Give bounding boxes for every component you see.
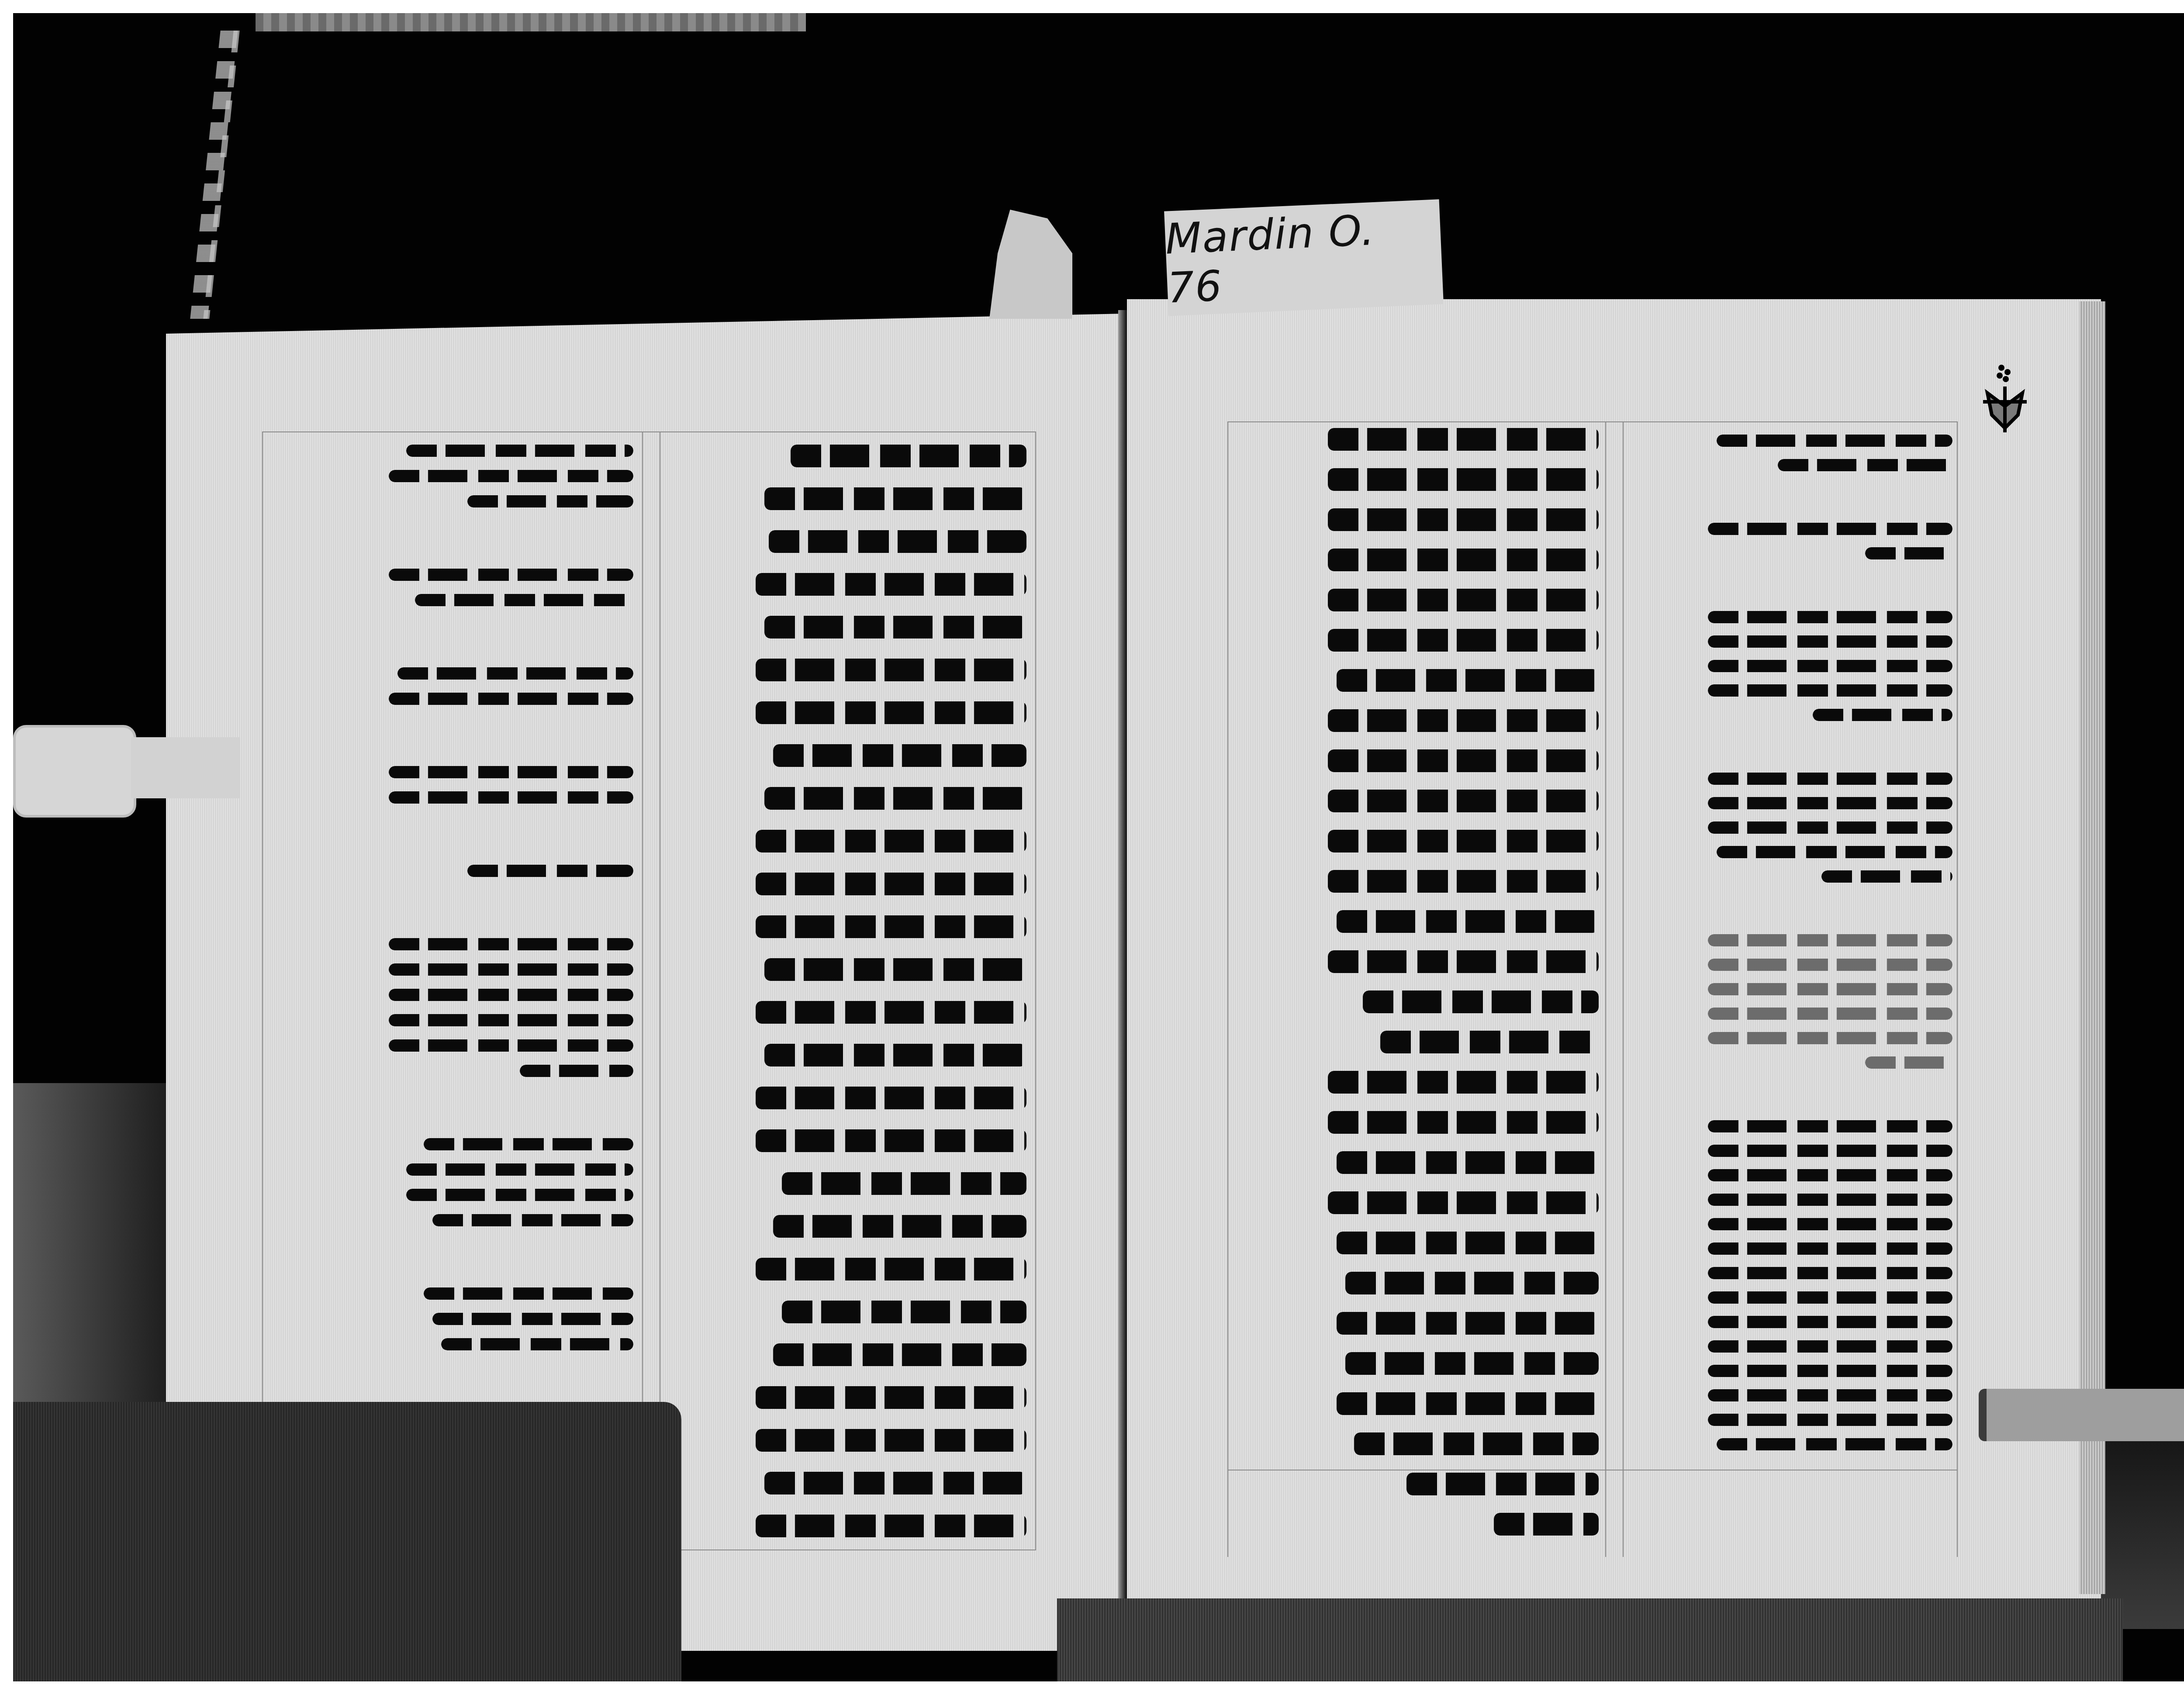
script-line (406, 1189, 633, 1201)
script-line (1345, 1352, 1599, 1375)
script-line (1708, 1267, 1952, 1279)
script-line (764, 616, 1026, 638)
ruling-line (1035, 431, 1036, 1550)
script-line (1708, 1291, 1952, 1304)
ruling-line (1227, 421, 1958, 422)
script-line (756, 873, 1026, 895)
script-line (1708, 1316, 1952, 1328)
script-line (1708, 635, 1952, 648)
script-line (1337, 910, 1599, 933)
script-line (1328, 830, 1599, 852)
right-main-column (1236, 428, 1599, 1553)
script-line (1708, 1365, 1952, 1377)
script-line (389, 766, 633, 778)
right-page-clip (1979, 1389, 2184, 1441)
script-line (389, 693, 633, 705)
ruling-line (1623, 421, 1624, 1557)
shelfmark-label: Mardin O. 76 (1164, 199, 1444, 316)
script-line (756, 915, 1026, 938)
script-line (764, 787, 1026, 810)
script-line (1708, 1120, 1952, 1132)
script-line (1708, 1414, 1952, 1426)
script-line (1717, 435, 1952, 447)
floral-cross-ornament-icon (1974, 362, 2035, 437)
script-line (1354, 1432, 1599, 1455)
script-line (1708, 1032, 1952, 1044)
script-line (467, 865, 633, 877)
script-line (1328, 709, 1599, 732)
script-line (441, 1338, 633, 1350)
background-surface-left (13, 1083, 179, 1406)
text-paragraph (1717, 435, 1952, 483)
script-line (1363, 990, 1599, 1013)
script-line (756, 1129, 1026, 1152)
script-line (1708, 1389, 1952, 1401)
script-line (756, 1258, 1026, 1280)
script-line (1708, 684, 1952, 697)
script-line (1345, 1272, 1599, 1294)
text-paragraph (389, 938, 633, 1090)
ruling-line (262, 431, 1036, 432)
script-line (1778, 459, 1952, 471)
script-line (756, 1087, 1026, 1109)
text-paragraph (1708, 773, 1952, 895)
script-line (1708, 1008, 1952, 1020)
script-line (769, 530, 1026, 553)
text-paragraph (424, 1287, 633, 1363)
script-line (1865, 1056, 1952, 1069)
script-line (1328, 508, 1599, 531)
text-paragraph (1708, 934, 1952, 1081)
text-paragraph (389, 667, 633, 718)
script-line (406, 1163, 633, 1176)
script-line (782, 1301, 1026, 1323)
script-line (389, 938, 633, 950)
script-line (467, 495, 633, 507)
book-cover-edge (256, 13, 806, 31)
script-line (1708, 660, 1952, 672)
script-line (389, 989, 633, 1001)
script-line (1708, 959, 1952, 971)
text-paragraph (1708, 1120, 1952, 1463)
script-line (389, 1039, 633, 1052)
script-line (756, 659, 1026, 681)
script-line (1328, 589, 1599, 611)
script-line (1328, 468, 1599, 491)
script-line (756, 1386, 1026, 1409)
text-paragraph (389, 569, 633, 619)
left-clip-band (131, 737, 240, 798)
support-surface-bottom (1057, 1598, 2123, 1681)
script-line (756, 1001, 1026, 1024)
script-line (1708, 1169, 1952, 1181)
script-line (1813, 709, 1952, 721)
ruling-line (262, 431, 263, 1550)
script-line (1328, 870, 1599, 893)
script-line (764, 487, 1026, 510)
script-line (406, 445, 633, 457)
text-paragraph (389, 766, 633, 817)
torn-paper-tab (989, 210, 1072, 319)
script-line (415, 594, 633, 606)
text-paragraph (406, 1138, 633, 1239)
script-line (764, 958, 1026, 981)
ruling-line (1957, 421, 1958, 1557)
script-line (1328, 1111, 1599, 1134)
script-line (1337, 1151, 1599, 1174)
right-margin-column (1629, 435, 1952, 1502)
script-line (1337, 1312, 1599, 1335)
script-line (1406, 1473, 1599, 1495)
script-line (1708, 1242, 1952, 1255)
script-line (1708, 983, 1952, 995)
script-line (1328, 549, 1599, 571)
script-line (1328, 1191, 1599, 1214)
script-line (397, 667, 633, 680)
script-line (782, 1172, 1026, 1195)
script-line (1708, 1194, 1952, 1206)
script-line (424, 1287, 633, 1300)
script-line (764, 1472, 1026, 1494)
script-line (764, 1044, 1026, 1066)
script-line (756, 1429, 1026, 1452)
script-line (1708, 934, 1952, 946)
text-paragraph (389, 445, 633, 521)
script-line (1380, 1031, 1599, 1053)
left-main-column (668, 445, 1026, 1557)
text-paragraph (1708, 611, 1952, 733)
script-line (1337, 1392, 1599, 1415)
script-line (1708, 1218, 1952, 1230)
photo-frame: Mardin O. 76 (13, 13, 2184, 1681)
script-line (756, 830, 1026, 852)
script-line (1708, 797, 1952, 809)
script-line (773, 1215, 1026, 1238)
script-line (432, 1313, 633, 1325)
ruling-line (642, 431, 643, 1550)
script-line (1328, 1071, 1599, 1094)
script-line (773, 1343, 1026, 1366)
text-paragraph (1708, 523, 1952, 572)
ruling-line (1227, 421, 1228, 1557)
script-line (756, 1515, 1026, 1537)
script-line (1708, 611, 1952, 623)
script-line (1328, 749, 1599, 772)
script-line (756, 573, 1026, 596)
script-line (773, 744, 1026, 767)
script-line (1328, 629, 1599, 652)
script-line (756, 701, 1026, 724)
script-line (1708, 821, 1952, 834)
shelfmark-text: Mardin O. 76 (1164, 203, 1443, 312)
script-line (520, 1065, 633, 1077)
script-line (1337, 669, 1599, 692)
ruling-line (660, 431, 660, 1550)
right-page (1127, 299, 2101, 1603)
script-line (389, 963, 633, 976)
script-line (389, 569, 633, 581)
script-line (1717, 846, 1952, 858)
script-line (791, 445, 1026, 467)
text-paragraph (467, 865, 633, 890)
script-line (1821, 870, 1952, 883)
script-line (1708, 1340, 1952, 1353)
script-line (389, 1014, 633, 1026)
left-page-clip (13, 725, 136, 818)
support-block-left (13, 1402, 681, 1681)
background-surface-right (2092, 1411, 2184, 1629)
script-line (1708, 523, 1952, 535)
script-line (432, 1214, 633, 1226)
script-line (1337, 1232, 1599, 1254)
script-line (1708, 773, 1952, 785)
script-line (1494, 1513, 1599, 1536)
script-line (424, 1138, 633, 1150)
script-line (389, 470, 633, 482)
script-line (1865, 547, 1952, 559)
left-margin-column (275, 445, 633, 1412)
script-line (1717, 1438, 1952, 1450)
ruling-line (1605, 421, 1606, 1557)
script-line (389, 791, 633, 804)
script-line (1328, 950, 1599, 973)
script-line (1328, 790, 1599, 812)
script-line (1708, 1145, 1952, 1157)
script-line (1328, 428, 1599, 451)
